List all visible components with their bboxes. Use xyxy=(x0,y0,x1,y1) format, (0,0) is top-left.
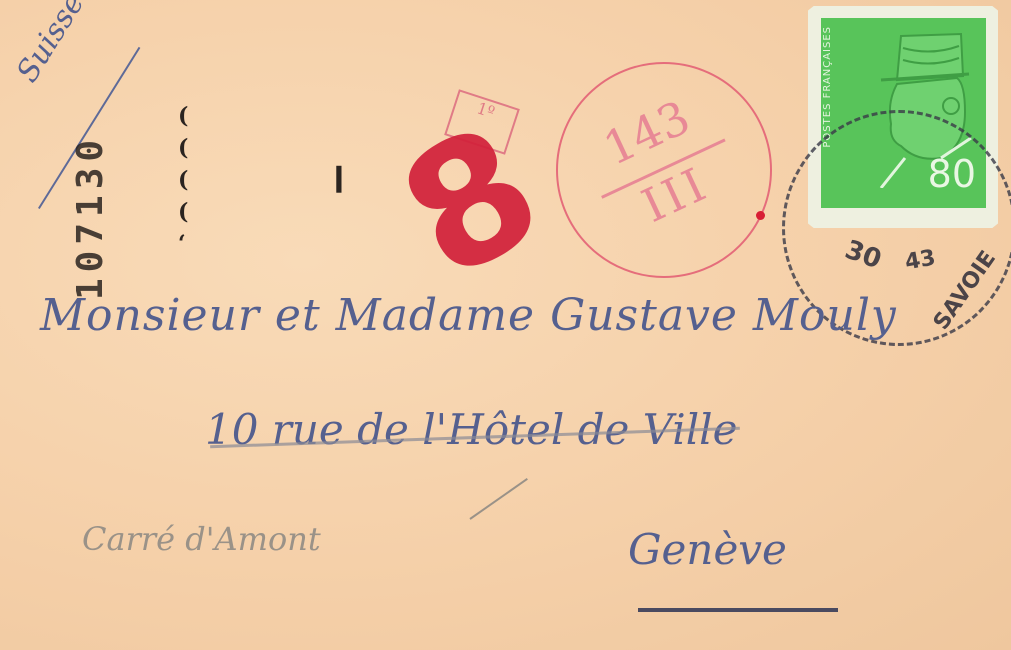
registration-number: 107130 xyxy=(70,134,111,300)
address-line-city: Genève xyxy=(628,525,787,574)
censor-dot-icon xyxy=(756,211,765,220)
address-line-recipient: Monsieur et Madame Gustave Mouly xyxy=(40,290,897,341)
envelope: Suisse 107130 ((((‘ ❙ 1º 8 143 III POSTE… xyxy=(0,0,1011,650)
censor-circle-stamp: 143 III xyxy=(556,62,772,278)
city-underline xyxy=(638,608,838,612)
cancel-dashes-icon: ((((‘ xyxy=(178,100,188,260)
routing-note: Suisse xyxy=(10,0,92,89)
ink-mark-icon: ❙ xyxy=(328,162,350,194)
checkmark-icon xyxy=(469,478,527,520)
postmark-year: 43 xyxy=(903,246,938,276)
pencil-forwarding-note: Carré d'Amont xyxy=(82,520,321,558)
